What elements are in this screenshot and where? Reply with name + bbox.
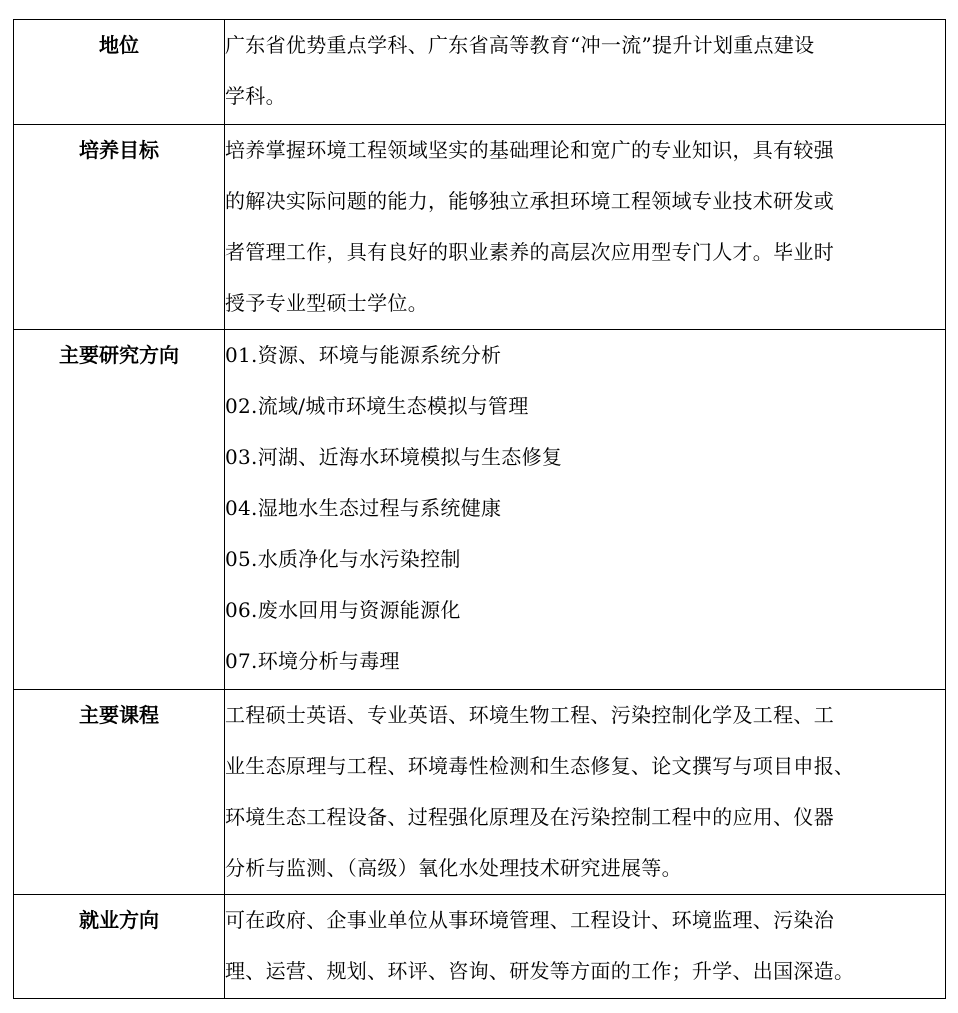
row-label-research-directions: 主要研究方向 (14, 330, 225, 690)
table-row-main-courses: 主要课程 工程硕士英语、专业英语、环境生物工程、污染控制化学及工程、工 业生态原… (14, 690, 946, 895)
content-line: 培养掌握环境工程领域坚实的基础理论和宽广的专业知识，具有较强 (225, 125, 945, 176)
row-content-employment: 可在政府、企事业单位从事环境管理、工程设计、环境监理、污染治 理、运营、规划、环… (225, 895, 946, 999)
content-line: 工程硕士英语、专业英语、环境生物工程、污染控制化学及工程、工 (225, 690, 945, 741)
research-direction-item: 06.废水回用与资源能源化 (225, 585, 945, 636)
content-line: 分析与监测、（高级）氧化水处理技术研究进展等。 (225, 843, 945, 894)
row-label-status: 地位 (14, 20, 225, 125)
table-row-status: 地位 广东省优势重点学科、广东省高等教育“冲一流”提升计划重点建设 学科。 (14, 20, 946, 125)
content-line: 广东省优势重点学科、广东省高等教育“冲一流”提升计划重点建设 (225, 20, 945, 71)
research-direction-item: 04.湿地水生态过程与系统健康 (225, 483, 945, 534)
row-label-main-courses: 主要课程 (14, 690, 225, 895)
row-content-status: 广东省优势重点学科、广东省高等教育“冲一流”提升计划重点建设 学科。 (225, 20, 946, 125)
content-line: 授予专业型硕士学位。 (225, 278, 945, 329)
content-line: 者管理工作，具有良好的职业素养的高层次应用型专门人才。毕业时 (225, 227, 945, 278)
research-direction-item: 07.环境分析与毒理 (225, 636, 945, 687)
content-line: 学科。 (225, 71, 945, 122)
row-content-research-directions: 01.资源、环境与能源系统分析 02.流域/城市环境生态模拟与管理 03.河湖、… (225, 330, 946, 690)
content-line: 可在政府、企事业单位从事环境管理、工程设计、环境监理、污染治 (225, 895, 945, 946)
research-direction-item: 01.资源、环境与能源系统分析 (225, 330, 945, 381)
research-direction-item: 02.流域/城市环境生态模拟与管理 (225, 381, 945, 432)
row-content-main-courses: 工程硕士英语、专业英语、环境生物工程、污染控制化学及工程、工 业生态原理与工程、… (225, 690, 946, 895)
research-direction-item: 03.河湖、近海水环境模拟与生态修复 (225, 432, 945, 483)
table-row-employment: 就业方向 可在政府、企事业单位从事环境管理、工程设计、环境监理、污染治 理、运营… (14, 895, 946, 999)
program-info-table: 地位 广东省优势重点学科、广东省高等教育“冲一流”提升计划重点建设 学科。 培养… (13, 19, 946, 999)
content-line: 业生态原理与工程、环境毒性检测和生态修复、论文撰写与项目申报、 (225, 741, 945, 792)
row-content-training-goal: 培养掌握环境工程领域坚实的基础理论和宽广的专业知识，具有较强 的解决实际问题的能… (225, 125, 946, 330)
row-label-employment: 就业方向 (14, 895, 225, 999)
content-line: 理、运营、规划、环评、咨询、研发等方面的工作；升学、出国深造。 (225, 946, 945, 997)
table-row-training-goal: 培养目标 培养掌握环境工程领域坚实的基础理论和宽广的专业知识，具有较强 的解决实… (14, 125, 946, 330)
research-direction-item: 05.水质净化与水污染控制 (225, 534, 945, 585)
table-row-research-directions: 主要研究方向 01.资源、环境与能源系统分析 02.流域/城市环境生态模拟与管理… (14, 330, 946, 690)
content-line: 的解决实际问题的能力，能够独立承担环境工程领域专业技术研发或 (225, 176, 945, 227)
content-line: 环境生态工程设备、过程强化原理及在污染控制工程中的应用、仪器 (225, 792, 945, 843)
row-label-training-goal: 培养目标 (14, 125, 225, 330)
